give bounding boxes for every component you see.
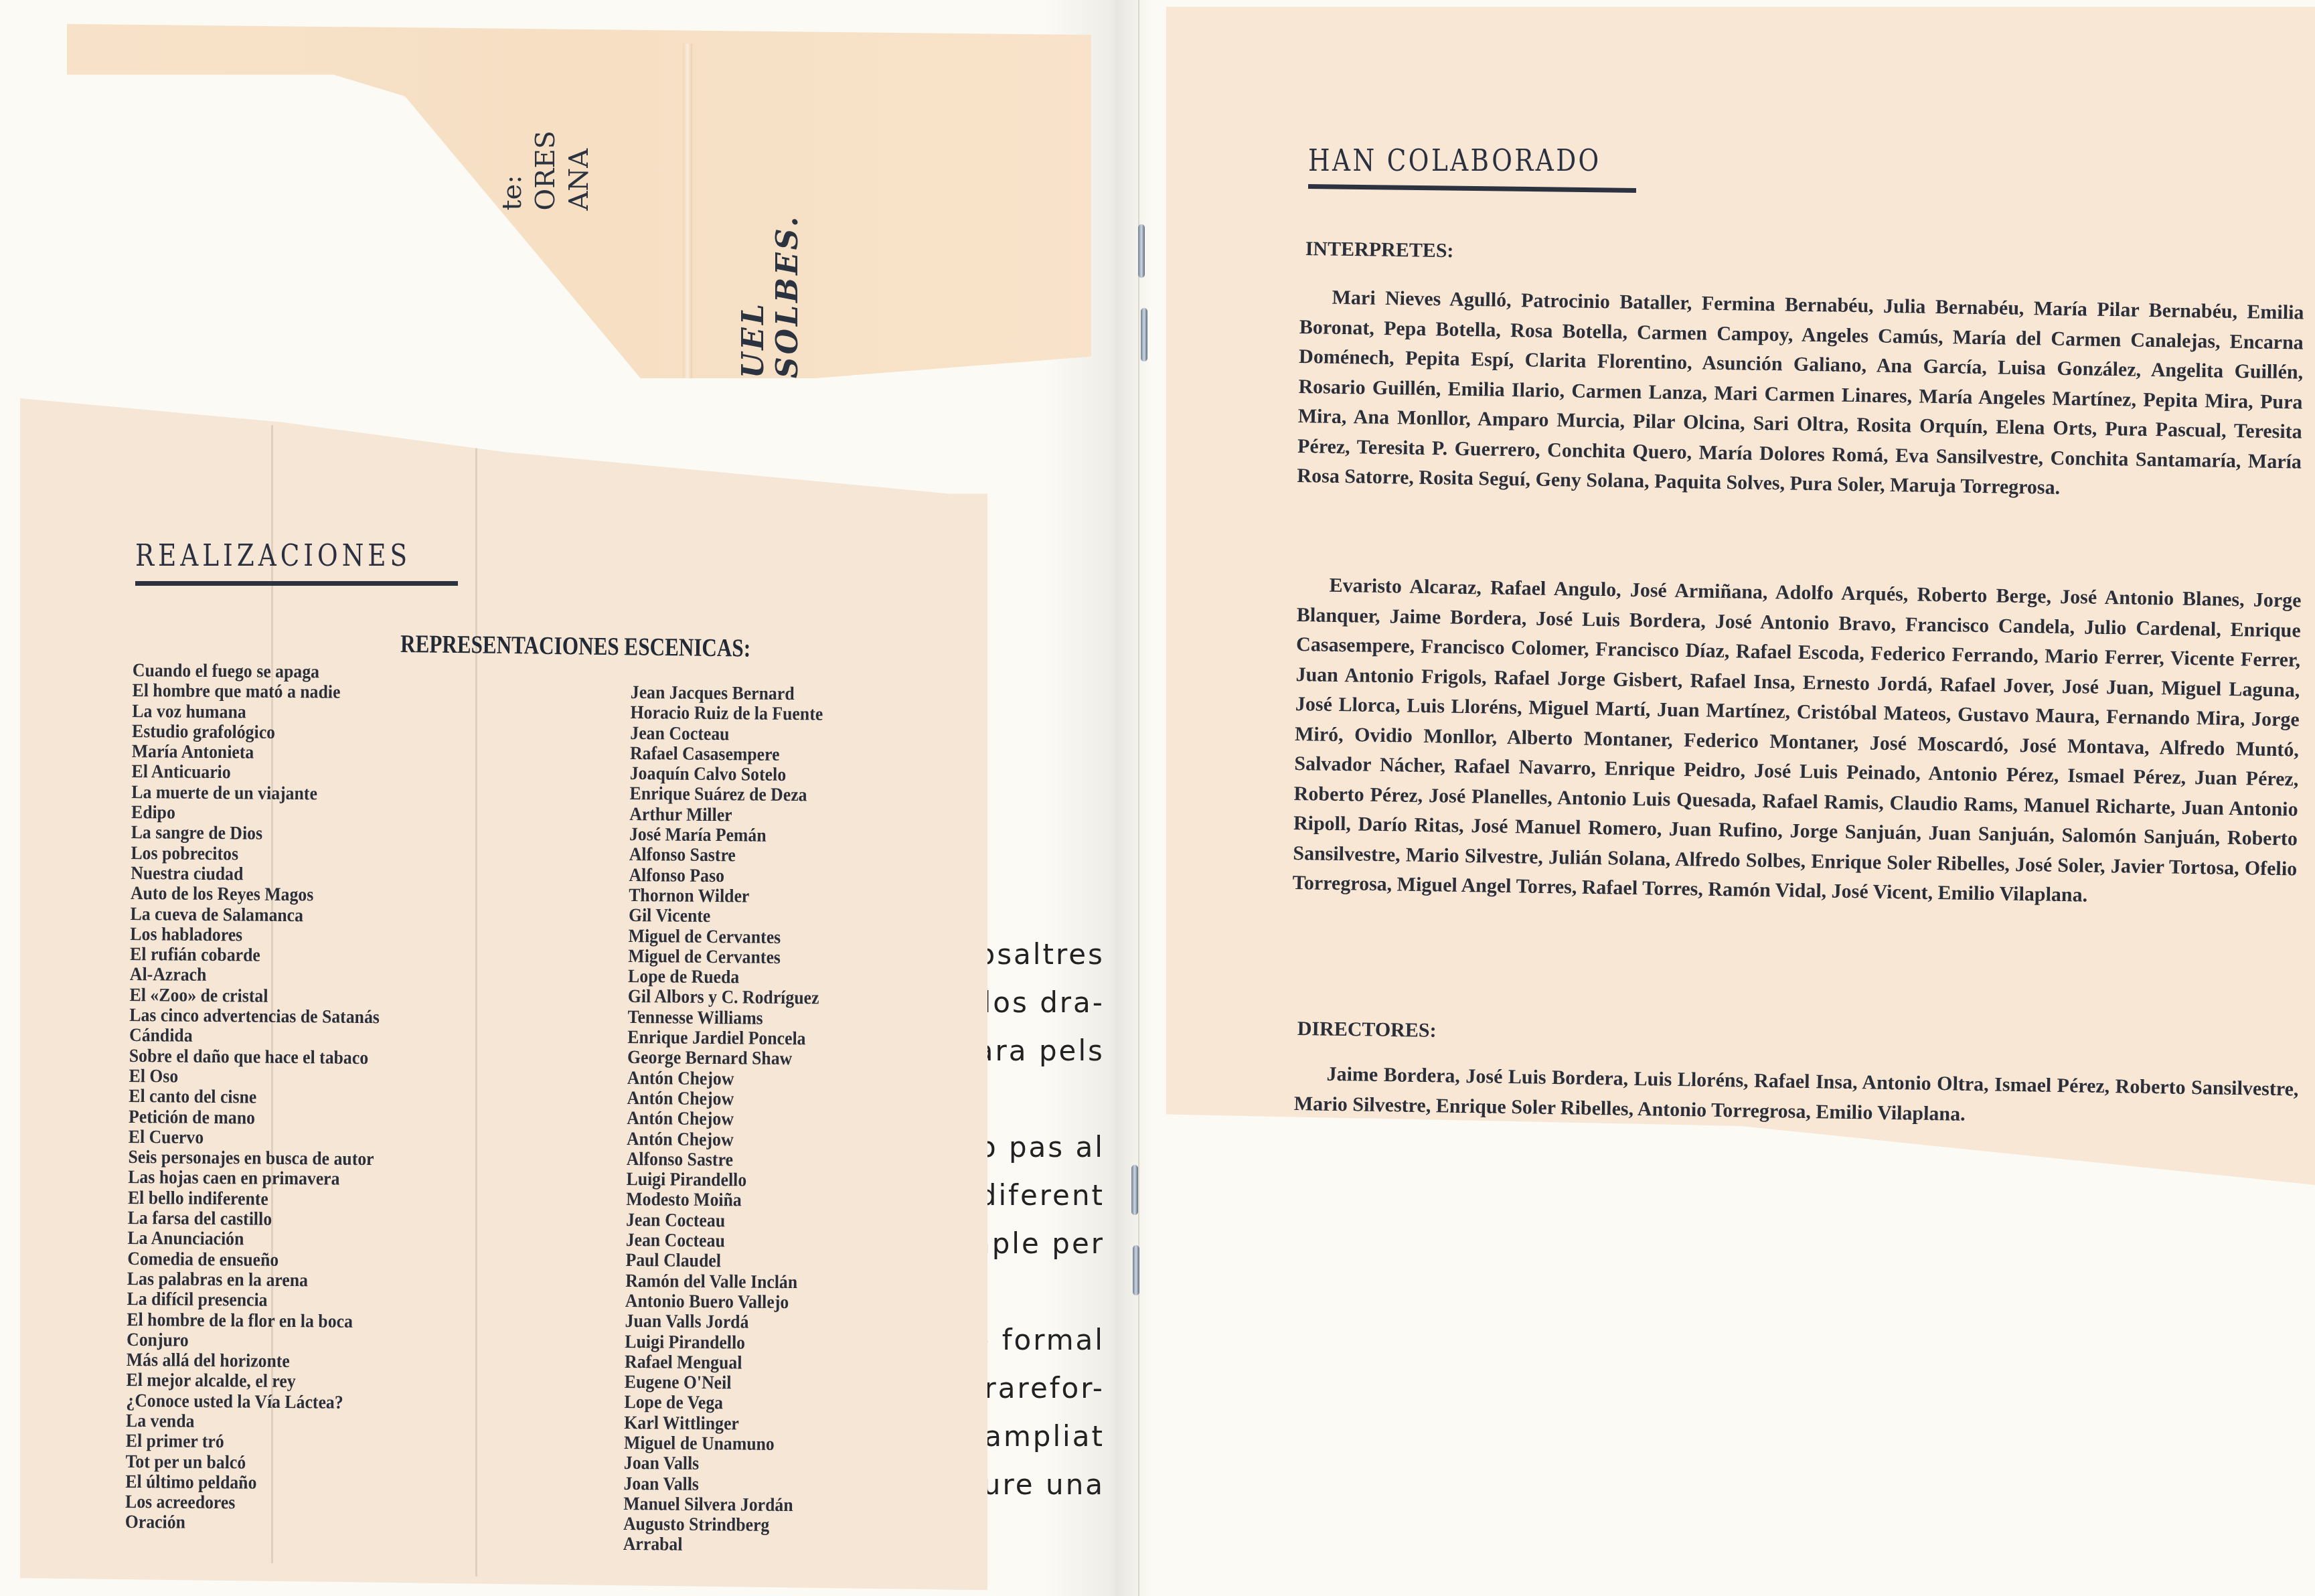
work-title: El bello indiferente: [128, 1188, 378, 1211]
work-author: Joan Valls: [624, 1453, 817, 1475]
work-author: Alfonso Sastre: [629, 845, 822, 867]
work-author: Joaquín Calvo Sotelo: [630, 764, 823, 786]
work-author: Alfonso Sastre: [627, 1149, 819, 1172]
work-title: La farsa del castillo: [128, 1208, 378, 1231]
work-author: Antón Chejow: [627, 1129, 819, 1151]
work-author: Jean Cocteau: [626, 1210, 819, 1232]
paper-crease: [475, 438, 477, 1577]
work-title: El Oso: [129, 1066, 379, 1089]
work-title: La cueva de Salamanca: [131, 904, 381, 927]
work-title: Petición de mano: [129, 1107, 379, 1130]
work-author: Antón Chejow: [627, 1068, 820, 1091]
work-title: ¿Conoce usted la Vía Láctea?: [126, 1391, 376, 1414]
section-title: REPRESENTACIONES ESCENICAS:: [400, 629, 751, 663]
work-author: Miguel de Cervantes: [629, 927, 821, 949]
work-author: José María Pemán: [629, 825, 822, 847]
work-author: Tennesse Williams: [628, 1008, 821, 1030]
realizaciones-sheet: REALIZACIONES REPRESENTACIONES ESCENICAS…: [20, 398, 987, 1590]
colaborado-title: HAN COLABORADO: [1308, 144, 1601, 178]
torn-vertical-name: UEL SOLBES.: [736, 184, 805, 378]
staple-icon: [1131, 1165, 1138, 1215]
work-author: Antón Chejow: [627, 1109, 819, 1131]
work-title: Tot per un balcó: [125, 1452, 376, 1475]
work-title: El canto del cisne: [129, 1087, 379, 1109]
work-author: Luigi Pirandello: [626, 1170, 819, 1192]
title-underline: [1308, 184, 1636, 193]
work-author: Rafael Casasempere: [630, 744, 823, 766]
work-title: Estudio grafológico: [132, 722, 382, 744]
work-title: Cándida: [129, 1026, 380, 1048]
colaborado-sheet: HAN COLABORADO INTERPRETES: Mari Nieves …: [1166, 7, 2315, 1185]
work-title: La voz humana: [132, 702, 382, 724]
work-author: Luigi Pirandello: [625, 1332, 817, 1354]
work-title: El último peldaño: [125, 1472, 376, 1495]
work-author: Miguel de Cervantes: [628, 947, 821, 969]
staple-icon: [1141, 308, 1147, 362]
torn-paper-fragment: te: ORES ANA UEL SOLBES.: [67, 17, 1091, 378]
work-author: Modesto Moiña: [626, 1190, 819, 1212]
work-author: George Bernard Shaw: [627, 1048, 820, 1070]
paper-fold: [683, 44, 692, 378]
work-author: Enrique Suárez de Deza: [629, 784, 822, 806]
work-title: Al-Azrach: [130, 965, 380, 987]
realizaciones-title: REALIZACIONES: [135, 539, 411, 573]
work-author: Lope de Vega: [624, 1392, 817, 1415]
work-title: Edipo: [131, 803, 382, 825]
work-author: Antón Chejow: [627, 1089, 819, 1111]
work-author: Lope de Rueda: [628, 967, 821, 989]
torn-line: te:: [495, 131, 529, 211]
work-title: Comedia de ensueño: [127, 1249, 378, 1272]
work-title: El Anticuario: [131, 762, 382, 785]
work-title: Auto de los Reyes Magos: [131, 884, 381, 906]
work-author: Augusto Strindberg: [623, 1514, 816, 1536]
interpretes-men: Evaristo Alcaraz, Rafael Angulo, José Ar…: [1292, 570, 2302, 914]
torn-vertical-text: te: ORES ANA: [495, 131, 596, 211]
work-author: Karl Wittlinger: [624, 1413, 817, 1435]
work-title: Los pobrecitos: [131, 844, 381, 866]
work-title: El hombre de la flor en la boca: [127, 1309, 377, 1332]
work-title: El mejor alcalde, el rey: [126, 1370, 376, 1393]
staple-icon: [1133, 1245, 1139, 1295]
work-author: Eugene O'Neil: [625, 1372, 817, 1394]
work-author: Arrabal: [623, 1534, 816, 1557]
work-title: María Antonieta: [132, 742, 382, 765]
work-title: El rufián cobarde: [130, 945, 380, 967]
work-author: Thornon Wilder: [629, 886, 821, 908]
work-title: Las hojas caen en primavera: [128, 1168, 378, 1190]
work-author: Ramón del Valle Inclán: [625, 1271, 818, 1293]
work-author: Alfonso Paso: [629, 866, 821, 888]
work-title: El primer tró: [126, 1431, 376, 1454]
work-title: Los habladores: [130, 925, 380, 947]
work-title: Los acreedores: [125, 1492, 376, 1515]
work-author: Jean Cocteau: [626, 1230, 819, 1253]
directores-label: DIRECTORES:: [1297, 1018, 1437, 1042]
work-title: La Anunciación: [127, 1228, 378, 1251]
works-list: Cuando el fuego se apagaEl hombre que ma…: [125, 661, 404, 1535]
work-author: Manuel Silvera Jordán: [623, 1494, 816, 1516]
torn-line: ORES: [529, 131, 562, 211]
work-title: La venda: [126, 1411, 376, 1434]
torn-line: ANA: [562, 131, 596, 211]
work-title: Conjuro: [127, 1330, 377, 1353]
work-title: El «Zoo» de cristal: [130, 985, 380, 1008]
work-title: Oración: [125, 1512, 376, 1535]
interpretes-women: Mari Nieves Agulló, Patrocinio Bataller,…: [1297, 283, 2304, 507]
work-author: Joan Valls: [623, 1474, 816, 1496]
work-author: Juan Valls Jordá: [625, 1311, 818, 1334]
work-author: Miguel de Unamuno: [624, 1433, 817, 1455]
work-title: Más allá del horizonte: [127, 1350, 377, 1373]
work-title: Sobre el daño que hace el tabaco: [129, 1046, 380, 1069]
work-author: Horacio Ruiz de la Fuente: [630, 703, 823, 725]
staple-icon: [1138, 224, 1145, 278]
work-author: Gil Albors y C. Rodríguez: [628, 987, 821, 1009]
work-title: El Cuervo: [129, 1127, 379, 1150]
work-title: Seis personajes en busca de autor: [128, 1147, 378, 1170]
work-title: La sangre de Dios: [131, 823, 382, 846]
work-author: Jean Jacques Bernard: [631, 683, 823, 705]
directores-list: Jaime Bordera, José Luis Bordera, Luis L…: [1294, 1059, 2299, 1135]
title-underline: [135, 581, 458, 586]
work-author: Gil Vicente: [629, 906, 821, 928]
work-title: Nuestra ciudad: [131, 864, 381, 886]
authors-list: Jean Jacques BernardHoracio Ruiz de la F…: [623, 683, 840, 1557]
work-title: El hombre que mató a nadie: [132, 681, 382, 704]
work-author: Arthur Miller: [629, 805, 822, 827]
work-author: Jean Cocteau: [630, 724, 823, 746]
work-author: Rafael Mengual: [625, 1352, 817, 1374]
interpretes-label: INTERPRETES:: [1305, 238, 1454, 262]
work-title: La difícil presencia: [127, 1289, 378, 1312]
work-title: Cuando el fuego se apaga: [133, 661, 383, 684]
work-title: Las cinco advertencias de Satanás: [129, 1006, 380, 1028]
work-title: Las palabras en la arena: [127, 1269, 378, 1292]
work-author: Antonio Buero Vallejo: [625, 1291, 818, 1313]
work-author: Enrique Jardiel Poncela: [627, 1028, 820, 1050]
work-author: Paul Claudel: [625, 1251, 818, 1273]
work-title: La muerte de un viajante: [131, 783, 382, 805]
